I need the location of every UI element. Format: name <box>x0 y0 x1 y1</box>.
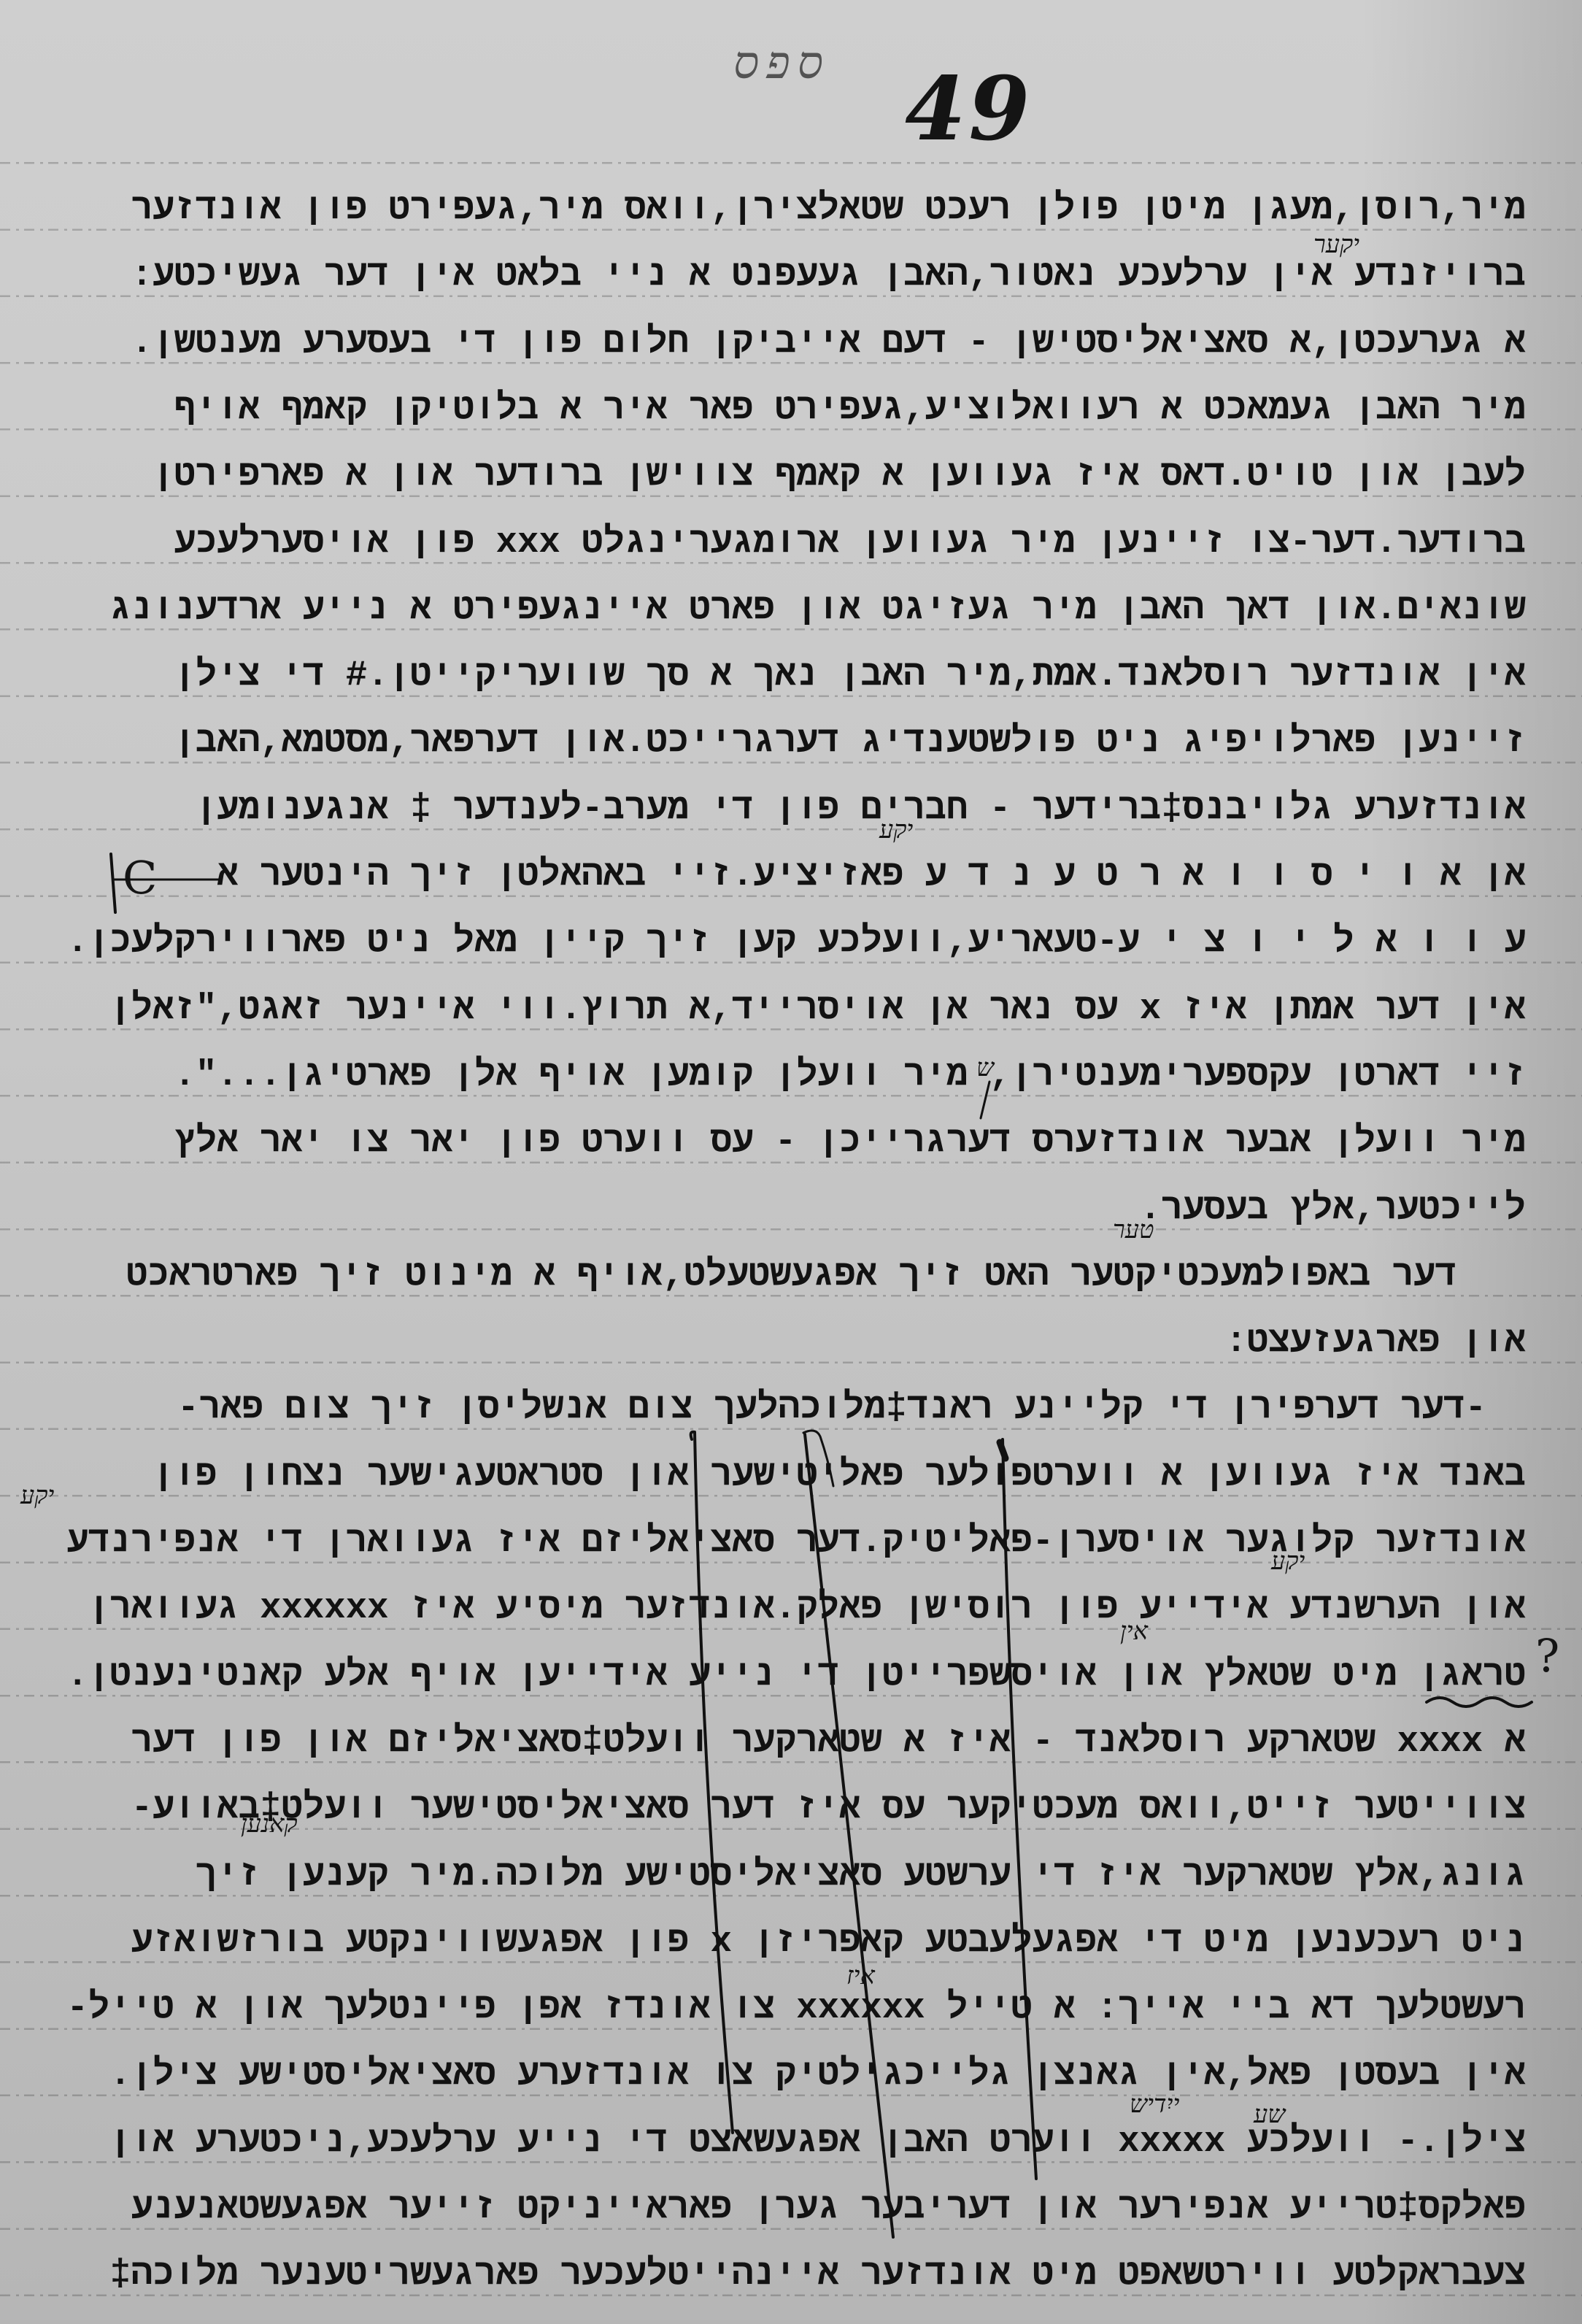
text-line: גונג,אלץ שטארקער איז די ערשטע סאציאליסטי… <box>196 1853 1526 1897</box>
text-line: לייכטער,אלץ בעסער. <box>1140 1187 1526 1231</box>
handwritten-correction: אין <box>1120 1619 1148 1644</box>
handwritten-correction: יקע <box>879 817 913 842</box>
handwritten-correction: יקע <box>1271 1549 1305 1574</box>
text-line: אונדזערע גלויבנס‡ברידער - חברים פון די מ… <box>196 787 1526 831</box>
text-line: פאלקס‡טרייע אנפירער און דעריבער גערן פאר… <box>131 2186 1526 2230</box>
text-line: ברודער.דער-צו זיינען מיר געווען ארומגערי… <box>174 520 1526 564</box>
text-line: טראגן מיט שטאלץ און אויסשפרייטן די נייע … <box>66 1653 1526 1697</box>
text-line: זיינען פארלויפיג ניט פולשטענדיג דערגרייכ… <box>174 720 1526 763</box>
text-line: ניט רעכענען מיט די אפגעלעבטע קאפריזן x פ… <box>131 1920 1526 1963</box>
text-line: רעשטלעך דא ביי אייך: א טייל xxxxxx צו או… <box>66 1986 1526 2030</box>
handwritten-correction: יקע <box>20 1483 54 1508</box>
handwritten-correction: טער <box>1113 1217 1154 1242</box>
text-line: אונדזער קלוגער אויסערן-פאליטיק.דער סאציא… <box>66 1520 1526 1563</box>
text-line: באנד איז געווען א ווערטפולער פאליטישער א… <box>153 1453 1526 1497</box>
text-line: צעבראקלטע ווירטשאפט מיט אונדזער איינהייט… <box>109 2252 1526 2296</box>
text-line: א xxxx שטארקע רוסלאנד - איז א שטארקער וו… <box>131 1720 1526 1763</box>
handwritten-insertion-mark: ש <box>976 1055 994 1080</box>
handwritten-correction: יקער <box>1313 232 1359 257</box>
text-line: אין דער אמתן איז x עס נאר אן אויסרייד,א … <box>109 987 1526 1031</box>
text-line: און פארגעזעצט: <box>1225 1320 1526 1363</box>
text-line: ברויזנדע אין ערלעכע נאטור,האבן געעפנט א … <box>131 253 1526 297</box>
text-line: אן א ו י ס ו ו א ר ט ע נ ד ע פאזיציע.זיי… <box>217 853 1526 897</box>
handwritten-correction: ייִדיש <box>1130 2092 1179 2117</box>
text-line: זיי דארטן עקספערימענטירן, מיר וועלן קומע… <box>174 1053 1526 1097</box>
handwritten-correction: שע <box>1254 2102 1285 2127</box>
document-page: ספס 49 מיר,רוסן,מעגן מיטן פולן רעכט שטאל… <box>0 0 1582 2324</box>
text-line: שונאים.און דאך האבן מיר געזיגט און פארט … <box>109 587 1526 631</box>
text-line-paragraph-start: דער באפולמעכטיקטער האט זיך אפגעשטעלט,אוי… <box>126 1253 1456 1297</box>
text-line: צילן.- וועלכע xxxxx ווערט האבן אפגעשאצט … <box>109 2120 1526 2163</box>
text-line: ע ו ו א ל י ו צ י ע-טעאריע,וועלכע קען זי… <box>66 920 1526 963</box>
text-line: מיר,רוסן,מעגן מיטן פולן רעכט שטאלצירן,וו… <box>131 187 1526 231</box>
text-line-dialogue-start: -דער דערפירן די קליינע ראנד‡מלוכהלעך צום… <box>177 1386 1486 1430</box>
text-line: א גערעכטן,א סאציאליסטישן - דעם אייביקן ח… <box>131 320 1526 364</box>
text-line: לעבן און טויט.דאס איז געווען א קאמף צווי… <box>153 453 1526 497</box>
faint-archive-mark: ספס <box>733 40 830 85</box>
handwritten-correction: קאנען <box>241 1812 298 1836</box>
handwritten-question-mark: ? <box>1535 1634 1559 1679</box>
text-line: אין בעסטן פאל,אין גאנצן גלייכגילטיק צו א… <box>109 2052 1526 2096</box>
handwritten-page-number: 49 <box>905 66 1033 153</box>
handwritten-correction: איז <box>846 1963 875 1988</box>
text-line: מיר וועלן אבער אונדזערס דערגרייכן - עס ו… <box>174 1120 1526 1163</box>
text-line: אין אונדזער רוסלאנד.אמת,מיר האבן נאך א ס… <box>174 653 1526 697</box>
handwritten-margin-mark: C <box>123 855 157 901</box>
text-line: צווייטער זייט,וואס מעכטיקער עס איז דער ס… <box>131 1786 1526 1830</box>
text-line: און הערשנדע אידייע פון רוסישן פאלק.אונדז… <box>88 1586 1526 1630</box>
text-line: מיר האבן געמאכט א רעוואלוציע,געפירט פאר … <box>174 387 1526 431</box>
